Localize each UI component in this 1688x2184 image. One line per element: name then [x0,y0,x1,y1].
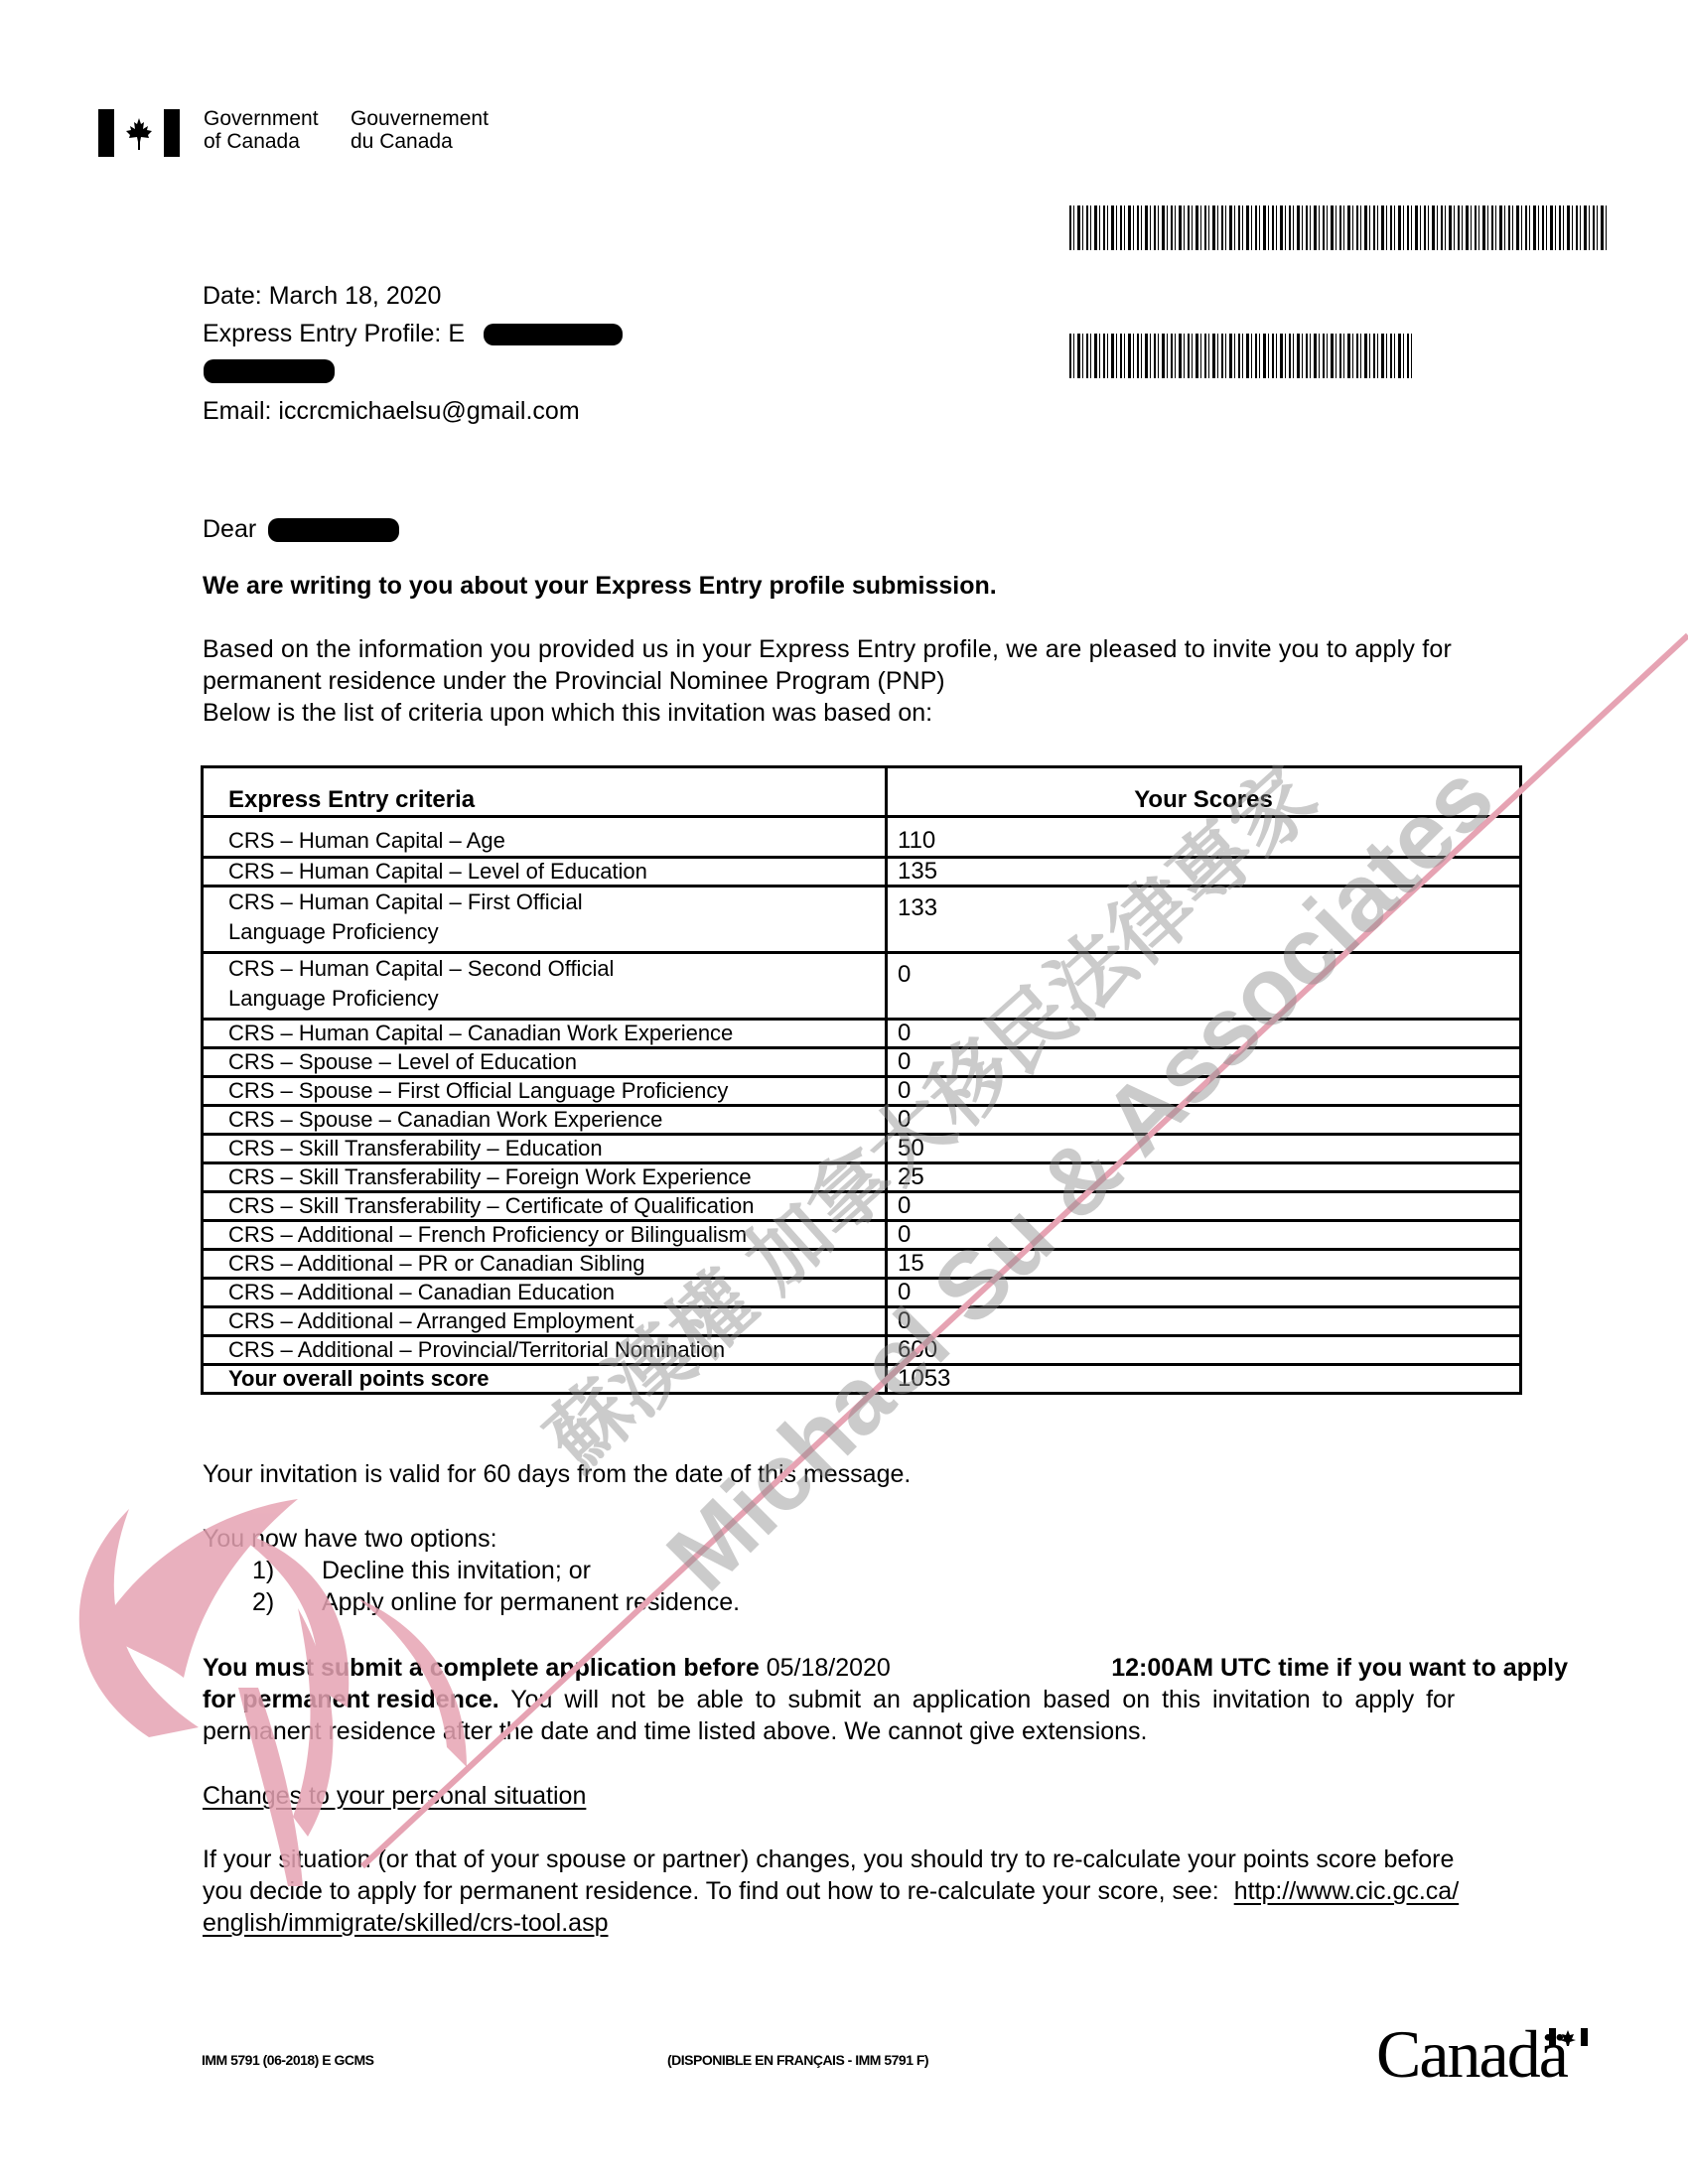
score-cell: 0 [887,1106,1521,1135]
validity-note: Your invitation is valid for 60 days fro… [203,1458,911,1490]
deadline-line-3: permanent residence after the date and t… [203,1715,1148,1747]
score-cell: 0 [887,1077,1521,1106]
table-row: CRS – Skill Transferability – Foreign Wo… [203,1163,1521,1192]
score-cell: 133 [887,887,1521,953]
criteria-cell: CRS – Spouse – First Official Language P… [203,1077,887,1106]
deadline-text: You must submit a complete application b… [203,1654,760,1682]
score-cell: 25 [887,1163,1521,1192]
table-row: CRS – Skill Transferability – Education5… [203,1135,1521,1163]
deadline-line-2: for permanent residence. You will not be… [203,1684,1568,1715]
table-row: CRS – Spouse – Canadian Work Experience0 [203,1106,1521,1135]
redaction-profile-number [484,324,623,345]
email-line: Email: iccrcmichaelsu@gmail.com [203,395,580,427]
gov-fr-line1: Gouvernement [351,107,489,130]
table-row: CRS – Human Capital – Age110 [203,817,1521,858]
profile-value-prefix: E [448,320,465,347]
criteria-cell: CRS – Human Capital – First Official Lan… [203,887,887,953]
deadline-bold-cont: for permanent residence. [203,1686,499,1713]
table-row: CRS – Spouse – First Official Language P… [203,1077,1521,1106]
deadline-line-1: You must submit a complete application b… [203,1652,1568,1684]
table-row: CRS – Spouse – Level of Education0 [203,1048,1521,1077]
barcode-top [1069,205,1609,250]
criteria-cell: CRS – Additional – Provincial/Territoria… [203,1336,887,1365]
criteria-cell: CRS – Additional – PR or Canadian Siblin… [203,1250,887,1279]
deadline-rest: You will not be able to submit an applic… [499,1686,1456,1713]
score-cell: 135 [887,858,1521,887]
gov-en-line2: of Canada [204,130,319,153]
option-1: 1)Decline this invitation; or [252,1555,591,1586]
date-label: Date: [203,282,262,310]
options-intro: You now have two options: [203,1523,497,1555]
table-row: CRS – Skill Transferability – Certificat… [203,1192,1521,1221]
criteria-cell: CRS – Spouse – Level of Education [203,1048,887,1077]
table-row: CRS – Human Capital – First Official Lan… [203,887,1521,953]
criteria-cell: CRS – Additional – Canadian Education [203,1279,887,1307]
intro-line-3: Below is the list of criteria upon which… [203,697,1568,729]
french-availability-note: (DISPONIBLE EN FRANÇAIS - IMM 5791 F) [667,2052,928,2068]
barcode-bottom [1069,334,1414,378]
score-cell: 0 [887,1307,1521,1336]
salutation-dear: Dear [203,515,256,543]
profile-line: Express Entry Profile: E [203,318,465,349]
score-cell: 110 [887,817,1521,858]
canada-wordmark: Canadä [1376,2015,1567,2094]
email-label: Email: [203,397,271,425]
profile-label: Express Entry Profile: [203,320,441,347]
changes-heading-text: Changes to your personal situation [203,1782,586,1810]
wordmark-flag-icon [1549,2028,1589,2048]
criteria-cell: CRS – Additional – Arranged Employment [203,1307,887,1336]
score-cell: 0 [887,1048,1521,1077]
changes-line-1: If your situation (or that of your spous… [203,1843,1454,1875]
criteria-cell: CRS – Additional – French Proficiency or… [203,1221,887,1250]
maple-leaf-icon [125,117,153,151]
criteria-cell: CRS – Spouse – Canadian Work Experience [203,1106,887,1135]
changes-line-2: you decide to apply for permanent reside… [203,1875,1459,1907]
date-value: March 18, 2020 [269,282,442,310]
table-row: CRS – Human Capital – Level of Education… [203,858,1521,887]
criteria-cell: CRS – Human Capital – Second Official La… [203,953,887,1020]
option-1-text: Decline this invitation; or [322,1557,591,1584]
intro-line-1: Based on the information you provided us… [203,633,1568,665]
flag-bar-left [98,109,114,157]
criteria-table: Express Entry criteria Your Scores CRS –… [201,765,1522,1395]
redaction-recipient-name [268,518,399,542]
criteria-cell: CRS – Skill Transferability – Foreign Wo… [203,1163,887,1192]
table-row: CRS – Additional – Canadian Education0 [203,1279,1521,1307]
form-code: IMM 5791 (06-2018) E GCMS [202,2052,373,2068]
score-cell: 0 [887,1279,1521,1307]
table-row: CRS – Additional – Arranged Employment0 [203,1307,1521,1336]
deadline-time: 12:00AM UTC time if you want to apply [1111,1652,1568,1684]
table-row: CRS – Human Capital – Second Official La… [203,953,1521,1020]
criteria-cell: CRS – Skill Transferability – Education [203,1135,887,1163]
crs-tool-link-part1[interactable]: http://www.cic.gc.ca/ [1234,1877,1459,1905]
total-score: 1053 [887,1365,1521,1394]
header-criteria: Express Entry criteria [203,767,887,817]
intro-line-2: permanent residence under the Provincial… [203,665,1568,697]
table-row: CRS – Additional – French Proficiency or… [203,1221,1521,1250]
option-2: 2)Apply online for permanent residence. [252,1586,740,1618]
gov-fr-line2: du Canada [351,130,489,153]
government-signature-en: Government of Canada [204,107,319,153]
score-cell: 0 [887,953,1521,1020]
option-2-number: 2) [252,1586,322,1618]
canada-flag-logo [98,109,180,157]
flag-bar-right [164,109,180,157]
score-cell: 0 [887,1020,1521,1048]
criteria-cell: CRS – Human Capital – Age [203,817,887,858]
intro-heading: We are writing to you about your Express… [203,570,997,602]
option-1-number: 1) [252,1555,322,1586]
table-header-row: Express Entry criteria Your Scores [203,767,1521,817]
header-scores: Your Scores [887,767,1521,817]
email-value: iccrcmichaelsu@gmail.com [278,397,579,425]
criteria-cell: CRS – Human Capital – Canadian Work Expe… [203,1020,887,1048]
date-line: Date: March 18, 2020 [203,280,441,312]
total-label: Your overall points score [203,1365,887,1394]
criteria-cell: CRS – Human Capital – Level of Education [203,858,887,887]
crs-tool-link-part2[interactable]: english/immigrate/skilled/crs-tool.asp [203,1909,608,1937]
score-cell: 600 [887,1336,1521,1365]
option-2-text: Apply online for permanent residence. [322,1588,740,1616]
redaction-name [204,359,335,383]
changes-text: you decide to apply for permanent reside… [203,1877,1219,1905]
score-cell: 0 [887,1221,1521,1250]
table-row: CRS – Additional – PR or Canadian Siblin… [203,1250,1521,1279]
table-row: CRS – Additional – Provincial/Territoria… [203,1336,1521,1365]
score-cell: 0 [887,1192,1521,1221]
score-cell: 50 [887,1135,1521,1163]
government-signature-fr: Gouvernement du Canada [351,107,489,153]
table-total-row: Your overall points score1053 [203,1365,1521,1394]
gov-en-line1: Government [204,107,319,130]
changes-line-3: english/immigrate/skilled/crs-tool.asp [203,1907,608,1939]
score-cell: 15 [887,1250,1521,1279]
table-row: CRS – Human Capital – Canadian Work Expe… [203,1020,1521,1048]
deadline-date: 05/18/2020 [767,1654,891,1682]
criteria-cell: CRS – Skill Transferability – Certificat… [203,1192,887,1221]
intro-paragraph: Based on the information you provided us… [203,633,1568,729]
changes-heading: Changes to your personal situation [203,1780,586,1812]
